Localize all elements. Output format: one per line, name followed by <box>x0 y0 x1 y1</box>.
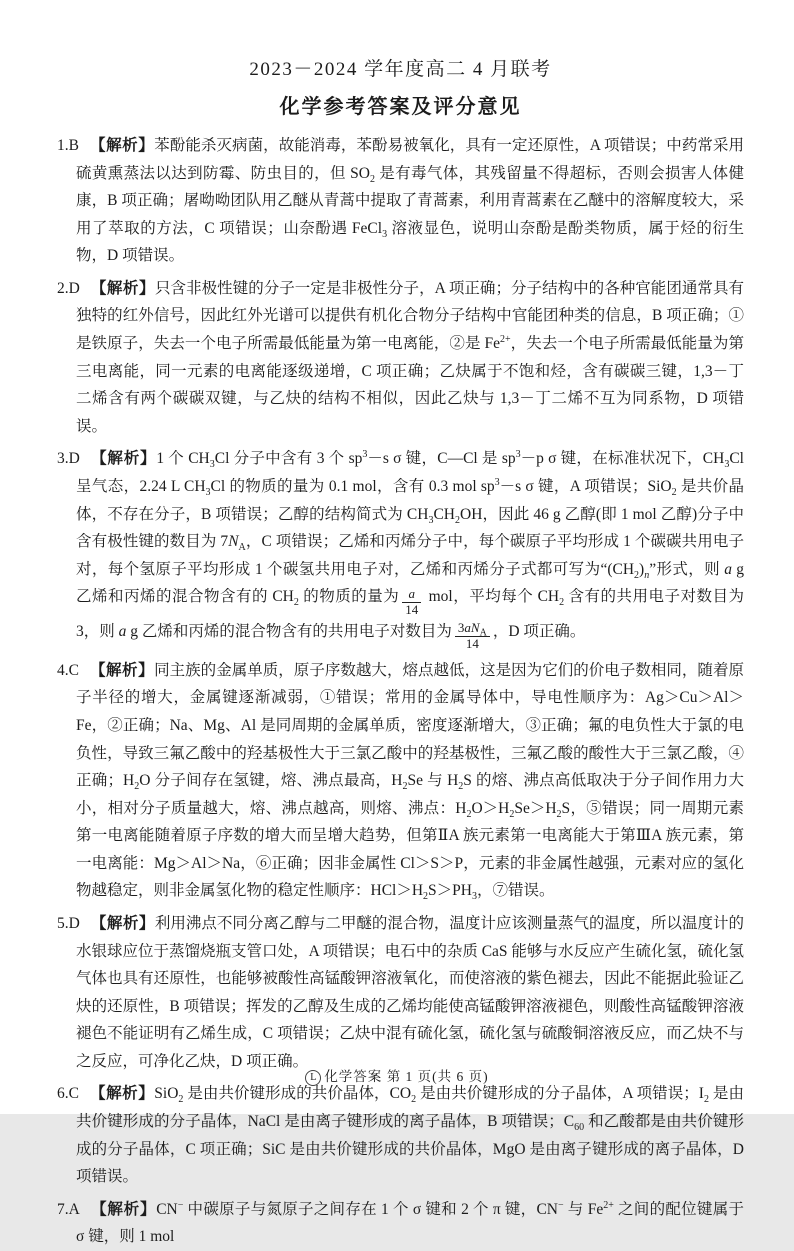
analysis-tag: 【解析】 <box>91 450 157 467</box>
answer-item: 5.D【解析】利用沸点不同分离乙醇与二甲醚的混合物，温度计应该测量蒸气的温度，所… <box>57 910 744 1075</box>
answer-item: 1.B【解析】苯酚能杀灭病菌，故能消毒，苯酚易被氧化，具有一定还原性，A 项错误… <box>57 132 744 270</box>
analysis-tag: 【解析】 <box>90 1085 154 1102</box>
answer-item: 6.C【解析】SiO2 是由共价键形成的共价晶体，CO2 是由共价键形成的分子晶… <box>57 1080 744 1190</box>
answer-text: 利用沸点不同分离乙醇与二甲醚的混合物，温度计应该测量蒸气的温度，所以温度计的水银… <box>76 915 744 1070</box>
analysis-tag: 【解析】 <box>90 662 154 679</box>
answer-number: 4.C <box>57 662 79 679</box>
page-footer: L化学答案 第 1 页(共 6 页) <box>0 1065 794 1086</box>
answer-number: 2.D <box>57 280 80 297</box>
answer-text: CN− 中碳原子与氮原子之间存在 1 个 σ 键和 2 个 π 键，CN− 与 … <box>76 1201 744 1246</box>
answer-number: 3.D <box>57 450 80 467</box>
footer-page-info: 第 1 页(共 6 页) <box>387 1069 489 1084</box>
footer-label: 化学答案 <box>324 1069 382 1084</box>
answer-text: SiO2 是由共价键形成的共价晶体，CO2 是由共价键形成的分子晶体，A 项错误… <box>76 1085 744 1185</box>
answer-text: 同主族的金属单质，原子序数越大，熔点越低，这是因为它们的价电子数相同，随着原子半… <box>76 662 744 900</box>
answer-item: 3.D【解析】1 个 CH3Cl 分子中含有 3 个 sp3－s σ 键，C—C… <box>57 445 744 651</box>
exam-title: 2023－2024 学年度高二 4 月联考 <box>57 54 744 81</box>
analysis-tag: 【解析】 <box>90 137 154 154</box>
fraction: a14 <box>402 587 421 618</box>
answer-number: 5.D <box>57 915 80 932</box>
exam-answer-page: 2023－2024 学年度高二 4 月联考 化学参考答案及评分意见 1.B【解析… <box>0 0 794 1114</box>
answer-number: 1.B <box>57 137 79 154</box>
subject-title: 化学参考答案及评分意见 <box>57 90 744 119</box>
answer-number: 6.C <box>57 1085 79 1102</box>
answer-text: 只含非极性键的分子一定是非极性分子，A 项正确；分子结构中的各种官能团通常具有独… <box>76 280 744 435</box>
analysis-tag: 【解析】 <box>91 1201 156 1218</box>
answer-item: 4.C【解析】同主族的金属单质，原子序数越大，熔点越低，这是因为它们的价电子数相… <box>57 657 744 905</box>
circled-l-mark: L <box>305 1070 321 1086</box>
answer-item: 7.A【解析】CN− 中碳原子与氮原子之间存在 1 个 σ 键和 2 个 π 键… <box>57 1196 744 1251</box>
answer-number: 7.A <box>57 1201 80 1218</box>
analysis-tag: 【解析】 <box>91 280 155 297</box>
answer-item: 2.D【解析】只含非极性键的分子一定是非极性分子，A 项正确；分子结构中的各种官… <box>57 275 744 440</box>
analysis-tag: 【解析】 <box>91 915 155 932</box>
answer-text: 1 个 CH3Cl 分子中含有 3 个 sp3－s σ 键，C—Cl 是 sp3… <box>76 450 744 639</box>
fraction: 3aNA14 <box>455 621 490 652</box>
answer-text: 苯酚能杀灭病菌，故能消毒，苯酚易被氧化，具有一定还原性，A 项错误；中药常采用硫… <box>76 137 744 264</box>
